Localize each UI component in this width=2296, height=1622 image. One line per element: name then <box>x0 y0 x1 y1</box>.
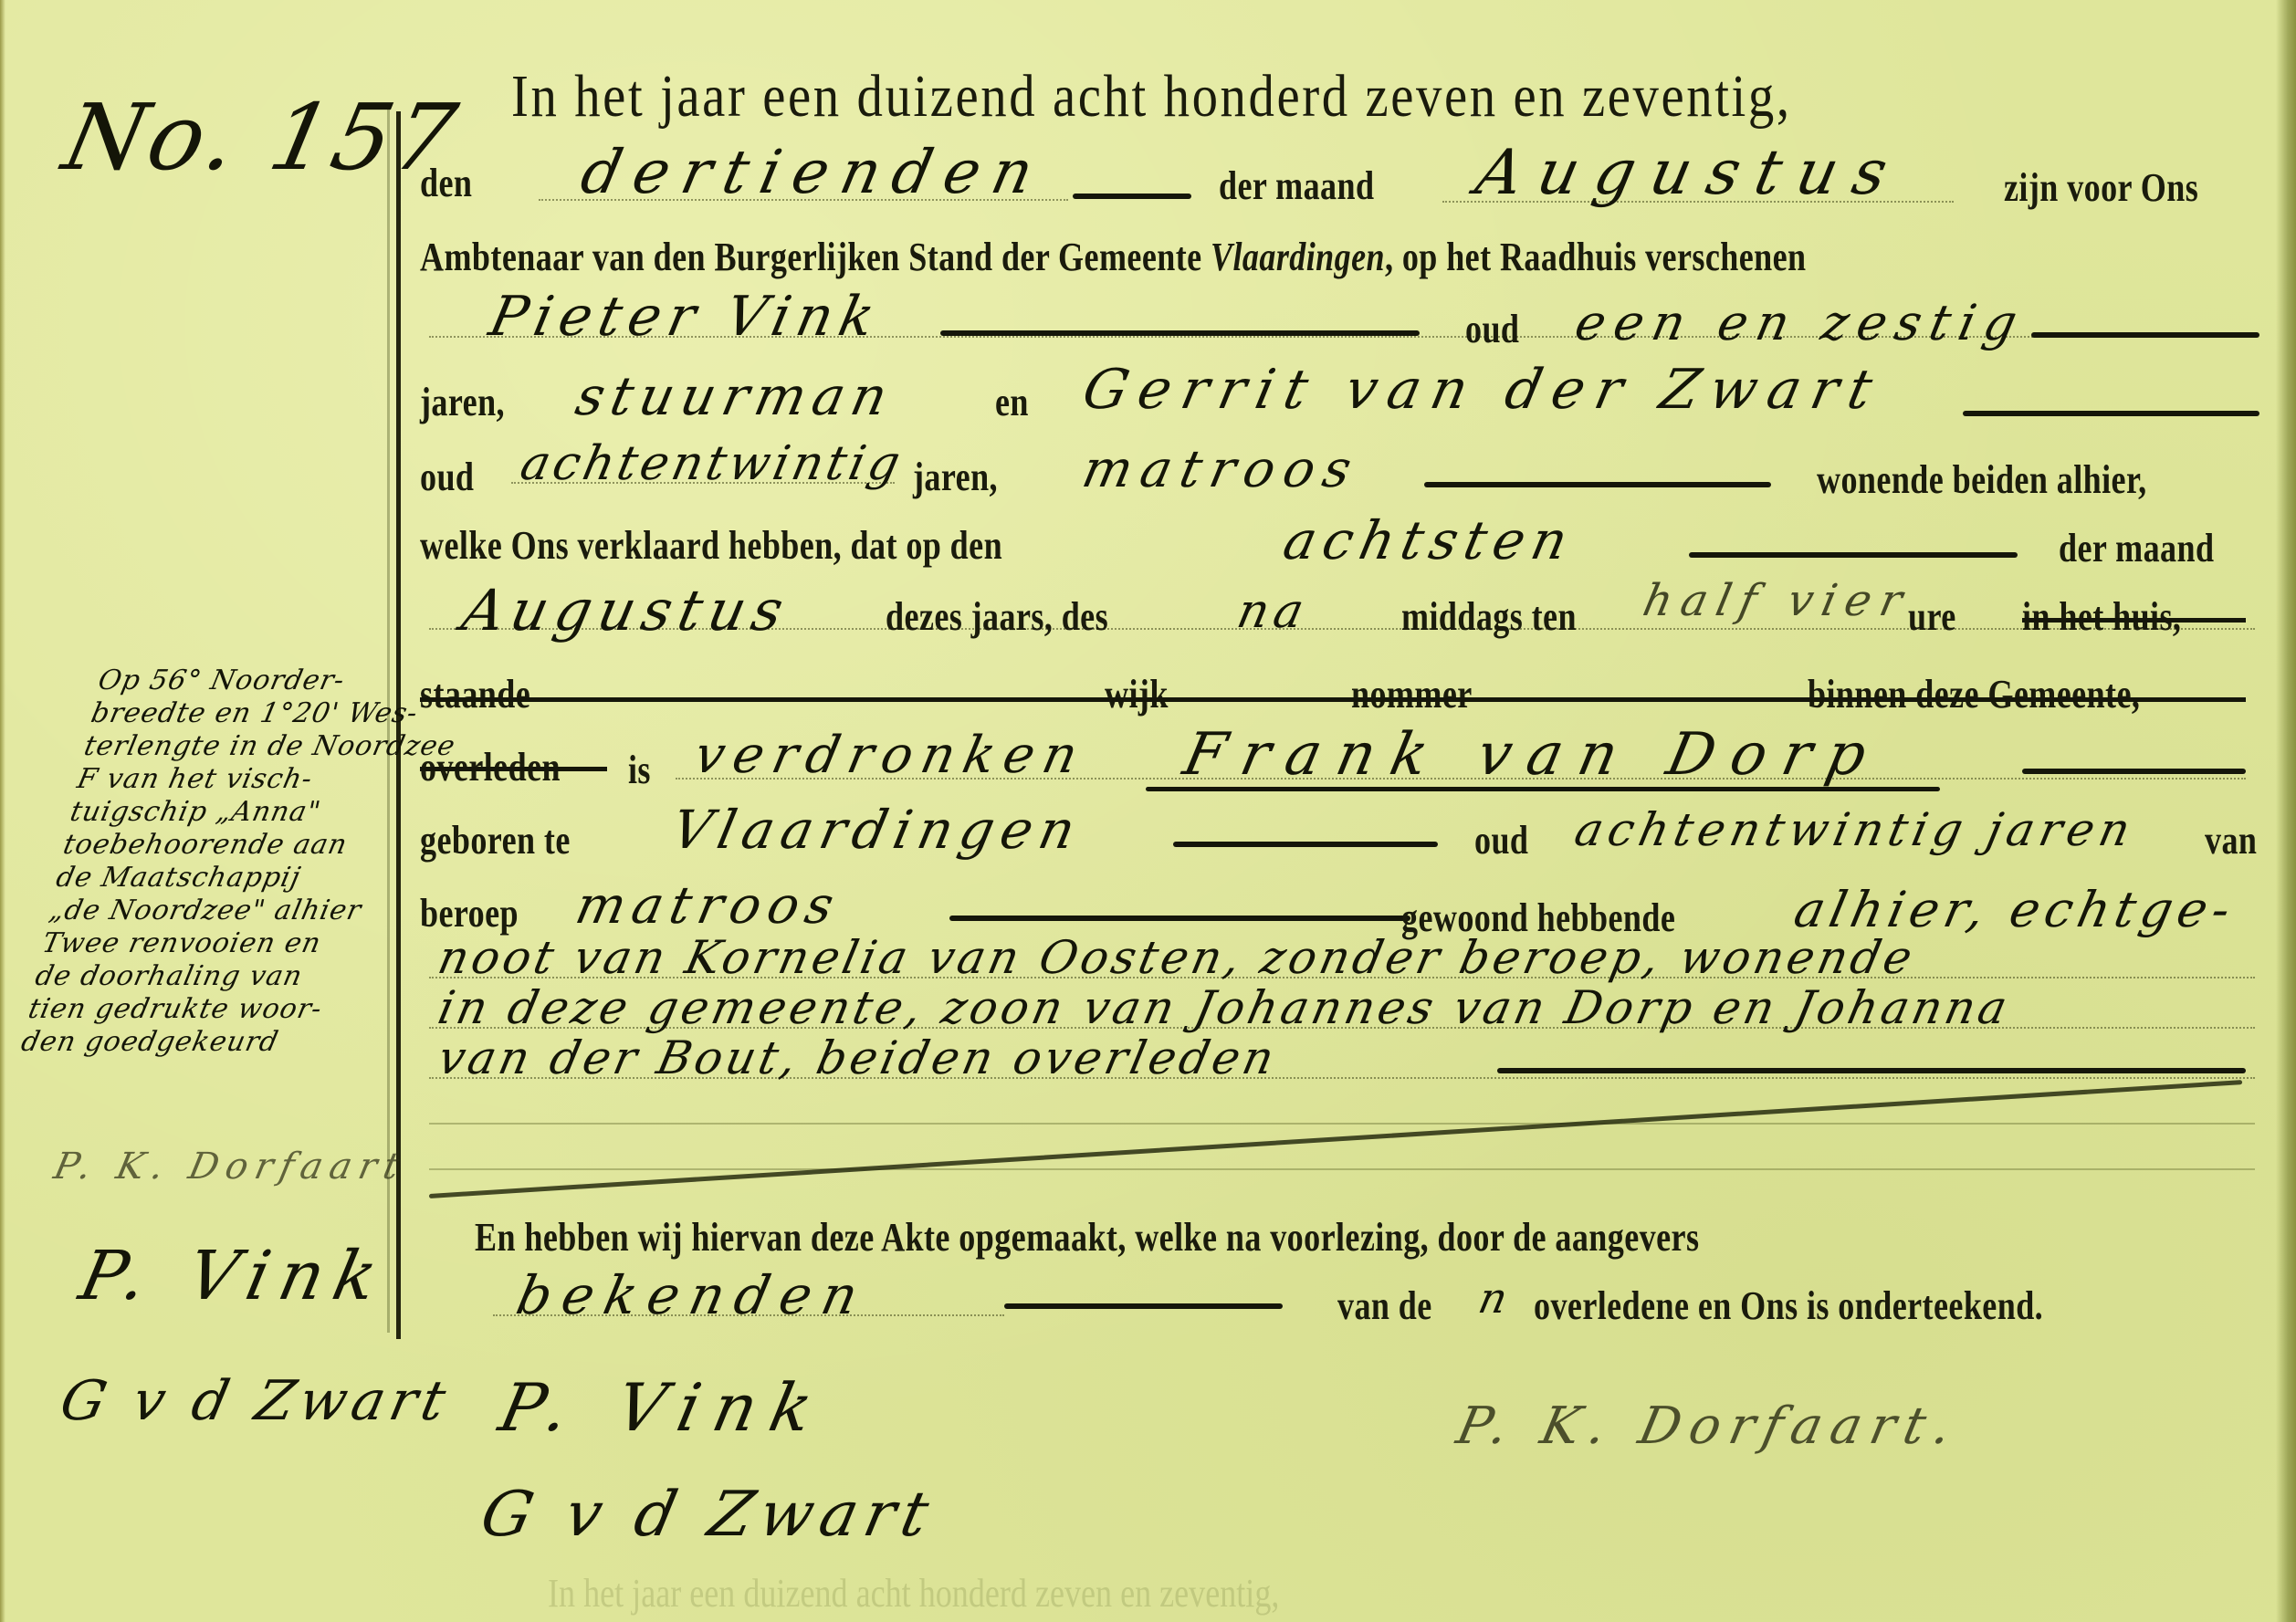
margin-note-line: F van het visch- <box>74 763 451 796</box>
hand-residence-3: in deze gemeente, zoon van Johannes van … <box>434 981 2015 1034</box>
blank-line <box>2031 332 2259 338</box>
hand-declarant1-age: een en zestig <box>1570 294 2031 351</box>
hand-death-day: achtsten <box>1278 509 1580 571</box>
printed-title: In het jaar een duizend acht honderd zev… <box>511 62 1792 131</box>
blank-line <box>949 916 1410 921</box>
empty-rule <box>429 1168 2255 1170</box>
hand-declarant2-name: Gerrit van der Zwart <box>1077 358 1889 422</box>
label-is: is <box>628 747 651 793</box>
hand-declarant2-occupation: matroos <box>1077 440 1366 499</box>
bleed-through-text: In het jaar een duizend acht honderd zev… <box>548 1570 1279 1617</box>
margin-note-line: breedte en 1°20' Wes- <box>89 697 466 730</box>
margin-note-line: „de Noordzee" alhier <box>47 895 424 927</box>
deceased-underline <box>1146 787 1940 791</box>
signature-official: P. K. Dorfaart. <box>1452 1397 1966 1456</box>
margin-note: Op 56° Noorder- breedte en 1°20' Wes- te… <box>18 664 472 1059</box>
closing-line-2: overledene en Ons is onderteekend. <box>1534 1282 2043 1329</box>
label-beroep: beroep <box>420 890 519 937</box>
blank-line <box>1004 1303 1283 1309</box>
empty-rule <box>429 1123 2255 1125</box>
hand-na: na <box>1232 584 1314 639</box>
label-zijn-voor-ons: zijn voor Ons <box>2004 164 2198 211</box>
hand-death-month: Augustus <box>456 577 796 644</box>
margin-note-line: toebehoorende aan <box>60 829 437 862</box>
hand-day: dertienden <box>575 137 1052 207</box>
signature-main-zwart: G v d Zwart <box>475 1479 942 1551</box>
hand-deceased-name: Frank van Dorp <box>1178 721 1889 789</box>
margin-note-line: de Maatschappij <box>53 862 430 895</box>
strikethrough <box>420 697 2246 702</box>
blank-line <box>1424 482 1771 487</box>
label-jaren: jaren, <box>913 454 998 500</box>
ambtenaar-text: Ambtenaar van den Burgerlijken Stand der… <box>420 235 1202 279</box>
gemeente-name: Vlaardingen <box>1211 235 1385 279</box>
blank-line <box>1173 842 1438 847</box>
label-wonende: wonende beiden alhier, <box>1817 456 2147 503</box>
blank-line <box>1497 1068 2246 1073</box>
page-left-edge <box>0 0 5 1622</box>
printed-title-text: In het jaar een duizend acht honderd zev… <box>511 63 1792 130</box>
cancel-stroke <box>429 1080 2242 1198</box>
margin-note-line: terlengte in de Noordzee <box>81 730 458 763</box>
signature-main-vink: P. Vink <box>493 1369 833 1446</box>
signature-margin-zwart: G v d Zwart <box>55 1369 456 1433</box>
margin-initials-signature: P. K. Dorfaart <box>50 1146 410 1188</box>
label-van-de: van de <box>1337 1282 1432 1329</box>
margin-note-line: tuigschip „Anna" <box>68 796 445 829</box>
label-van: van <box>2205 817 2257 863</box>
margin-note-line: tien gedrukte woor- <box>26 993 403 1026</box>
label-ure: ure <box>1908 593 1956 640</box>
label-oud: oud <box>420 454 474 500</box>
hand-month: Augustus <box>1470 137 1910 209</box>
struck-nommer: nommer <box>1351 671 1473 717</box>
label-jaren: jaren, <box>420 379 505 425</box>
closing-line-1: En hebben wij hiervan deze Akte opgemaak… <box>475 1214 1699 1261</box>
struck-binnen: binnen deze Gemeente, <box>1808 671 2140 717</box>
hand-n: n <box>1474 1273 1517 1323</box>
label-middags: middags ten <box>1401 593 1577 640</box>
struck-in-het-huis: in het huis, <box>2022 593 2181 640</box>
label-welke: welke Ons verklaard hebben, dat op den <box>420 522 1002 569</box>
struck-wijk: wijk <box>1105 671 1169 717</box>
hand-residence-4: van der Bout, beiden overleden <box>434 1031 1282 1084</box>
margin-note-line: de doorhaling van <box>32 960 409 993</box>
blank-line <box>2022 769 2246 774</box>
hand-declarant2-age: achtentwintig <box>516 436 908 491</box>
blank-line <box>1963 411 2259 416</box>
hand-declarant1-name: Pieter Vink <box>484 285 887 349</box>
margin-note-line: den goedgekeurd <box>18 1026 395 1059</box>
hand-residence-1: alhier, echtge- <box>1789 881 2241 938</box>
hand-deceased-occupation: matroos <box>571 876 846 936</box>
label-der-maand: der maand <box>2059 525 2214 571</box>
hand-residence-2: noot van Kornelia van Oosten, zonder ber… <box>434 931 1920 984</box>
hand-declarants-state: bekenden <box>511 1264 875 1326</box>
hand-declarant1-occupation: stuurman <box>571 365 900 427</box>
label-en: en <box>995 379 1029 425</box>
label-dezes: dezes jaars, des <box>886 593 1108 640</box>
label-ambtenaar: Ambtenaar van den Burgerlijken Stand der… <box>420 234 1807 280</box>
margin-note-line: Twee renvooien en <box>39 927 416 960</box>
blank-line <box>1689 552 2018 558</box>
margin-note-line: Op 56° Noorder- <box>95 664 472 697</box>
raadhuis-text: , op het Raadhuis verschenen <box>1385 235 1807 279</box>
hand-deceased-age: achtentwintig jaren <box>1570 803 2140 856</box>
hand-time: half vier <box>1639 575 1916 626</box>
signature-margin-vink: P. Vink <box>73 1237 394 1315</box>
hand-birthplace: Vlaardingen <box>666 799 1088 861</box>
label-den: den <box>420 160 472 206</box>
blank-line <box>1073 194 1191 199</box>
label-der-maand: der maand <box>1219 162 1374 209</box>
strikethrough <box>2022 618 2246 623</box>
label-oud: oud <box>1465 306 1519 352</box>
record-number: No. 157 <box>55 84 468 191</box>
label-geboren-te: geboren te <box>420 817 571 863</box>
page-right-edge <box>2276 0 2296 1622</box>
hand-cause: verdronken <box>689 726 1092 785</box>
label-oud: oud <box>1474 817 1528 863</box>
blank-line <box>940 330 1420 336</box>
